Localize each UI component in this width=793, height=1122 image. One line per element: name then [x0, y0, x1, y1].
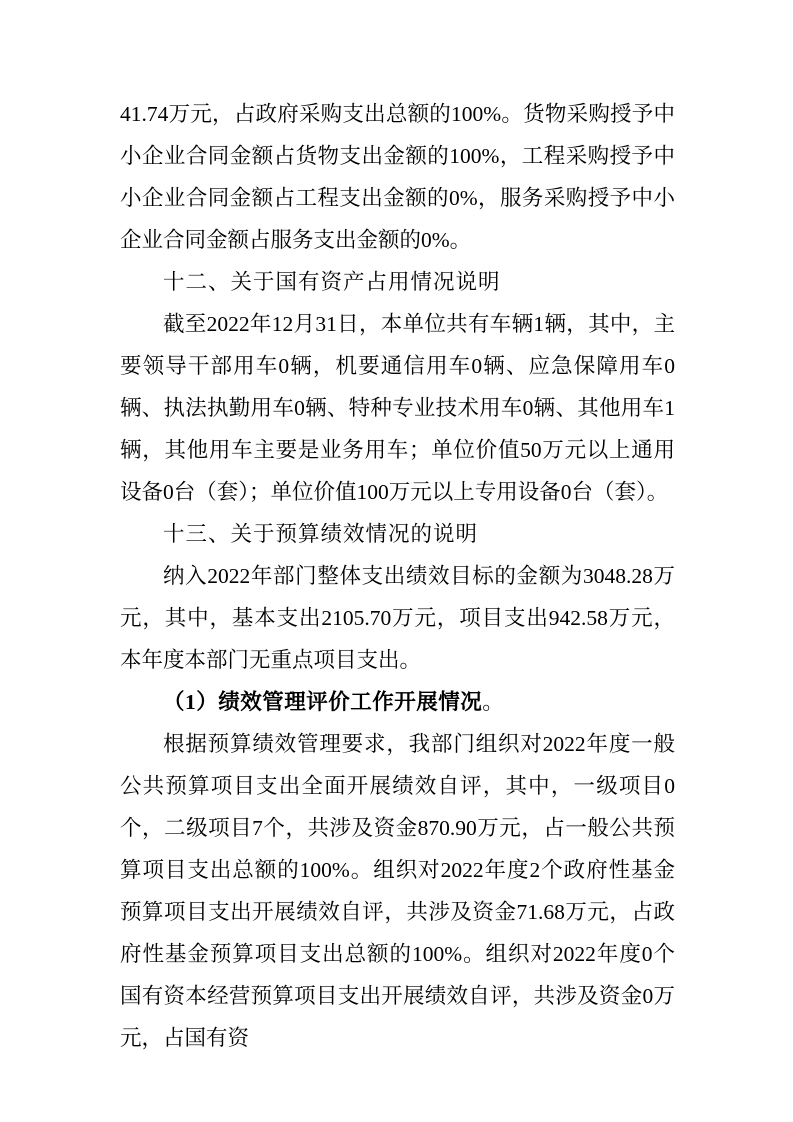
subsection-1-heading-period: 。	[482, 690, 504, 714]
section-12-body: 截至2022年12月31日，本单位共有车辆1辆，其中，主要领导干部用车0辆，机要…	[120, 303, 675, 513]
paragraph-procurement-carryover: 41.74万元，占政府采购支出总额的100%。货物采购授予中小企业合同金额占货物…	[120, 93, 675, 261]
section-12-heading: 十二、关于国有资产占用情况说明	[120, 261, 675, 303]
section-13-body: 纳入2022年部门整体支出绩效目标的金额为3048.28万元，其中，基本支出21…	[120, 555, 675, 681]
subsection-1-heading-text: （1）绩效管理评价工作开展情况	[163, 690, 482, 714]
document-page: 41.74万元，占政府采购支出总额的100%。货物采购授予中小企业合同金额占货物…	[0, 0, 793, 1122]
section-13-body-2: 根据预算绩效管理要求，我部门组织对2022年度一般公共预算项目支出全面开展绩效自…	[120, 723, 675, 1059]
subsection-1-heading: （1）绩效管理评价工作开展情况。	[120, 681, 675, 723]
section-13-heading: 十三、关于预算绩效情况的说明	[120, 513, 675, 555]
